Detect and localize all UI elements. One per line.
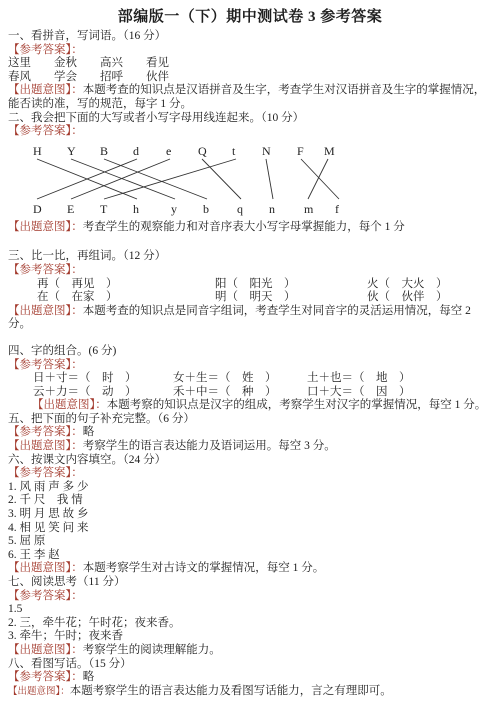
intent-text: 本题考察学生对古诗文的掌握情况，每空 1 分。 bbox=[83, 562, 325, 574]
match-line bbox=[308, 159, 328, 199]
spacer bbox=[8, 234, 492, 250]
word-pair-cell: 火（ 大火 ） bbox=[367, 278, 448, 292]
lowercase-letter: f bbox=[335, 202, 339, 216]
intent-text: 考察学生的语言表达能力及语词运用。每空 3 分。 bbox=[83, 440, 336, 452]
uppercase-letter: Y bbox=[67, 144, 76, 158]
section6-item: 2. 千 尺 我 情 bbox=[8, 494, 492, 508]
section3-answer-row1: 再（ 再见 ） 阳（ 阳光 ） 火（ 大火 ） bbox=[8, 278, 492, 292]
section2-intent: 【出题意图】：考查学生的观察能力和对音序表大小写字母掌握能力，每个 1 分 bbox=[8, 221, 492, 235]
uppercase-letter: e bbox=[166, 144, 171, 158]
intent-label: 【出题意图】： bbox=[32, 399, 107, 411]
lowercase-letter: h bbox=[133, 202, 139, 216]
uppercase-letter: d bbox=[133, 144, 139, 158]
lowercase-letter: T bbox=[100, 202, 108, 216]
section3-answer-label: 【参考答案】： bbox=[8, 264, 492, 278]
answer-label: 【参考答案】： bbox=[8, 359, 83, 371]
uppercase-letter: F bbox=[297, 144, 304, 158]
word-pair-cell: 再（ 再见 ） bbox=[37, 278, 215, 292]
answer-label: 【参考答案】： bbox=[8, 426, 83, 438]
section6-item: 6. 王 李 赵 bbox=[8, 549, 492, 563]
answer-label: 【参考答案】： bbox=[8, 671, 83, 683]
intent-label: 【出题意图】： bbox=[8, 562, 83, 574]
uppercase-letter: B bbox=[100, 144, 108, 158]
document-page: 部编版一（下）期中测试卷 3 参考答案 一、看拼音，写词语。（16 分） 【参考… bbox=[0, 0, 500, 699]
intent-text: 考查学生的观察能力和对音序表大小写字母掌握能力，每个 1 分 bbox=[83, 221, 405, 233]
uppercase-letter: H bbox=[33, 144, 42, 158]
word-pair-cell: 在（ 在家 ） bbox=[37, 291, 215, 305]
answer-label: 【参考答案】： bbox=[8, 264, 83, 276]
section6-item: 3. 明 月 思 故 乡 bbox=[8, 508, 492, 522]
section7-item: 1.5 bbox=[8, 603, 492, 617]
uppercase-letter: M bbox=[324, 144, 335, 158]
section3-answer-row2: 在（ 在家 ） 明（ 明天 ） 伙（ 伙伴 ） bbox=[8, 291, 492, 305]
section8-heading: 八、看图写话。（15 分） bbox=[8, 658, 492, 672]
section1-answer-row2: 春风 学会 招呼 伙伴 bbox=[8, 71, 492, 85]
match-line bbox=[266, 159, 273, 199]
section5-answer: 【参考答案】：略 bbox=[8, 426, 492, 440]
char-combo-cell: 日＋寸＝（ 时 ） bbox=[33, 372, 173, 386]
section7-item: 3. 牵牛；午时；夜来香 bbox=[8, 630, 492, 644]
lowercase-letter: n bbox=[269, 202, 275, 216]
section1-answer-row1: 这里 金秋 高兴 看见 bbox=[8, 57, 492, 71]
section3-heading: 三、比一比，再组词。（12 分） bbox=[8, 250, 492, 264]
match-line bbox=[202, 159, 241, 199]
answer-text: 略 bbox=[83, 426, 95, 438]
section6-item: 4. 相 见 笑 问 来 bbox=[8, 522, 492, 536]
section7-answer-label: 【参考答案】： bbox=[8, 590, 492, 604]
answer-label: 【参考答案】： bbox=[8, 125, 83, 137]
section4-intent: 【出题意图】：本题考察的知识点是汉字的组成，考察学生对汉字的掌握情况，每空 1 … bbox=[8, 399, 492, 413]
intent-text: 考察学生的阅读理解能力。 bbox=[83, 644, 221, 656]
lowercase-letter: q bbox=[237, 202, 243, 216]
lowercase-letter: y bbox=[171, 202, 177, 216]
char-combo-cell: 女＋生＝（ 姓 ） bbox=[173, 372, 307, 386]
section6-answer-label: 【参考答案】： bbox=[8, 467, 492, 481]
intent-label: 【出题意图】： bbox=[8, 687, 70, 697]
char-combo-cell: 口＋大＝（ 因 ） bbox=[307, 386, 411, 400]
uppercase-letter: N bbox=[262, 144, 271, 158]
section2-heading: 二、我会把下面的大写或者小写字母用线连起来。（10 分） bbox=[8, 112, 492, 126]
char-combo-cell: 禾＋中＝（ 种 ） bbox=[173, 386, 307, 400]
word-pair-cell: 伙（ 伙伴 ） bbox=[367, 291, 448, 305]
section1-answer-label: 【参考答案】： bbox=[8, 44, 492, 58]
char-combo-cell: 土＋也＝（ 地 ） bbox=[307, 372, 411, 386]
intent-text: 本题考察学生的语言表达能力及看图写话能力，言之有理即可。 bbox=[70, 685, 392, 697]
match-line bbox=[301, 159, 339, 199]
intent-label: 【出题意图】： bbox=[8, 440, 83, 452]
word-pair-cell: 阳（ 阳光 ） bbox=[215, 278, 367, 292]
section4-answer-label: 【参考答案】： bbox=[8, 359, 492, 373]
intent-label: 【出题意图】： bbox=[8, 221, 83, 233]
section6-item: 5. 屈 原 bbox=[8, 535, 492, 549]
section8-intent: 【出题意图】：本题考察学生的语言表达能力及看图写话能力，言之有理即可。 bbox=[8, 685, 492, 700]
intent-text: 本题考察的知识点是汉字的组成，考察学生对汉字的掌握情况，每空 1 分。 bbox=[107, 399, 487, 411]
section5-intent: 【出题意图】：考察学生的语言表达能力及语词运用。每空 3 分。 bbox=[8, 440, 492, 454]
section4-answer-row1: 日＋寸＝（ 时 ） 女＋生＝（ 姓 ） 土＋也＝（ 地 ） bbox=[8, 372, 492, 386]
intent-label: 【出题意图】： bbox=[8, 84, 83, 96]
section1-heading: 一、看拼音，写词语。（16 分） bbox=[8, 30, 492, 44]
uppercase-letter: Q bbox=[198, 144, 207, 158]
uppercase-letter: t bbox=[232, 144, 236, 158]
answer-text: 略 bbox=[83, 671, 95, 683]
section6-heading: 六、按课文内容填空。（24 分） bbox=[8, 454, 492, 468]
answer-label: 【参考答案】： bbox=[8, 590, 83, 602]
section6-intent: 【出题意图】：本题考察学生对古诗文的掌握情况，每空 1 分。 bbox=[8, 562, 492, 576]
section4-heading: 四、字的组合。(6 分) bbox=[8, 345, 492, 359]
char-combo-cell: 云＋力＝（ 动 ） bbox=[33, 386, 173, 400]
answer-label: 【参考答案】： bbox=[8, 467, 83, 479]
section5-heading: 五、把下面的句子补充完整。（6 分） bbox=[8, 413, 492, 427]
word-pair-cell: 明（ 明天 ） bbox=[215, 291, 367, 305]
section7-item: 2. 三，牵牛花；午时花；夜来香。 bbox=[8, 617, 492, 631]
intent-label: 【出题意图】： bbox=[8, 305, 83, 317]
section4-answer-row2: 云＋力＝（ 动 ） 禾＋中＝（ 种 ） 口＋大＝（ 因 ） bbox=[8, 386, 492, 400]
lowercase-letter: D bbox=[33, 202, 42, 216]
section3-intent: 【出题意图】：本题考查的知识点是同音字组词，考查学生对同音字的灵活运用情况，每空… bbox=[8, 305, 492, 332]
section6-item: 1. 风 雨 声 多 少 bbox=[8, 481, 492, 495]
spacer bbox=[8, 332, 492, 345]
intent-label: 【出题意图】： bbox=[8, 644, 83, 656]
section1-intent: 【出题意图】：本题考查的知识点是汉语拼音及生字，考查学生对汉语拼音及生字的掌握情… bbox=[8, 84, 492, 111]
letter-matching-diagram: HYBdeQtNFMDEThybqnmf bbox=[8, 141, 492, 221]
section2-answer-label: 【参考答案】： bbox=[8, 125, 492, 139]
lowercase-letter: E bbox=[67, 202, 74, 216]
section7-intent: 【出题意图】：考察学生的阅读理解能力。 bbox=[8, 644, 492, 658]
answer-label: 【参考答案】： bbox=[8, 44, 83, 56]
document-title: 部编版一（下）期中测试卷 3 参考答案 bbox=[8, 5, 492, 30]
section7-heading: 七、阅读思考（11 分） bbox=[8, 576, 492, 590]
lowercase-letter: b bbox=[203, 202, 209, 216]
lowercase-letter: m bbox=[304, 202, 314, 216]
section8-answer: 【参考答案】：略 bbox=[8, 671, 492, 685]
